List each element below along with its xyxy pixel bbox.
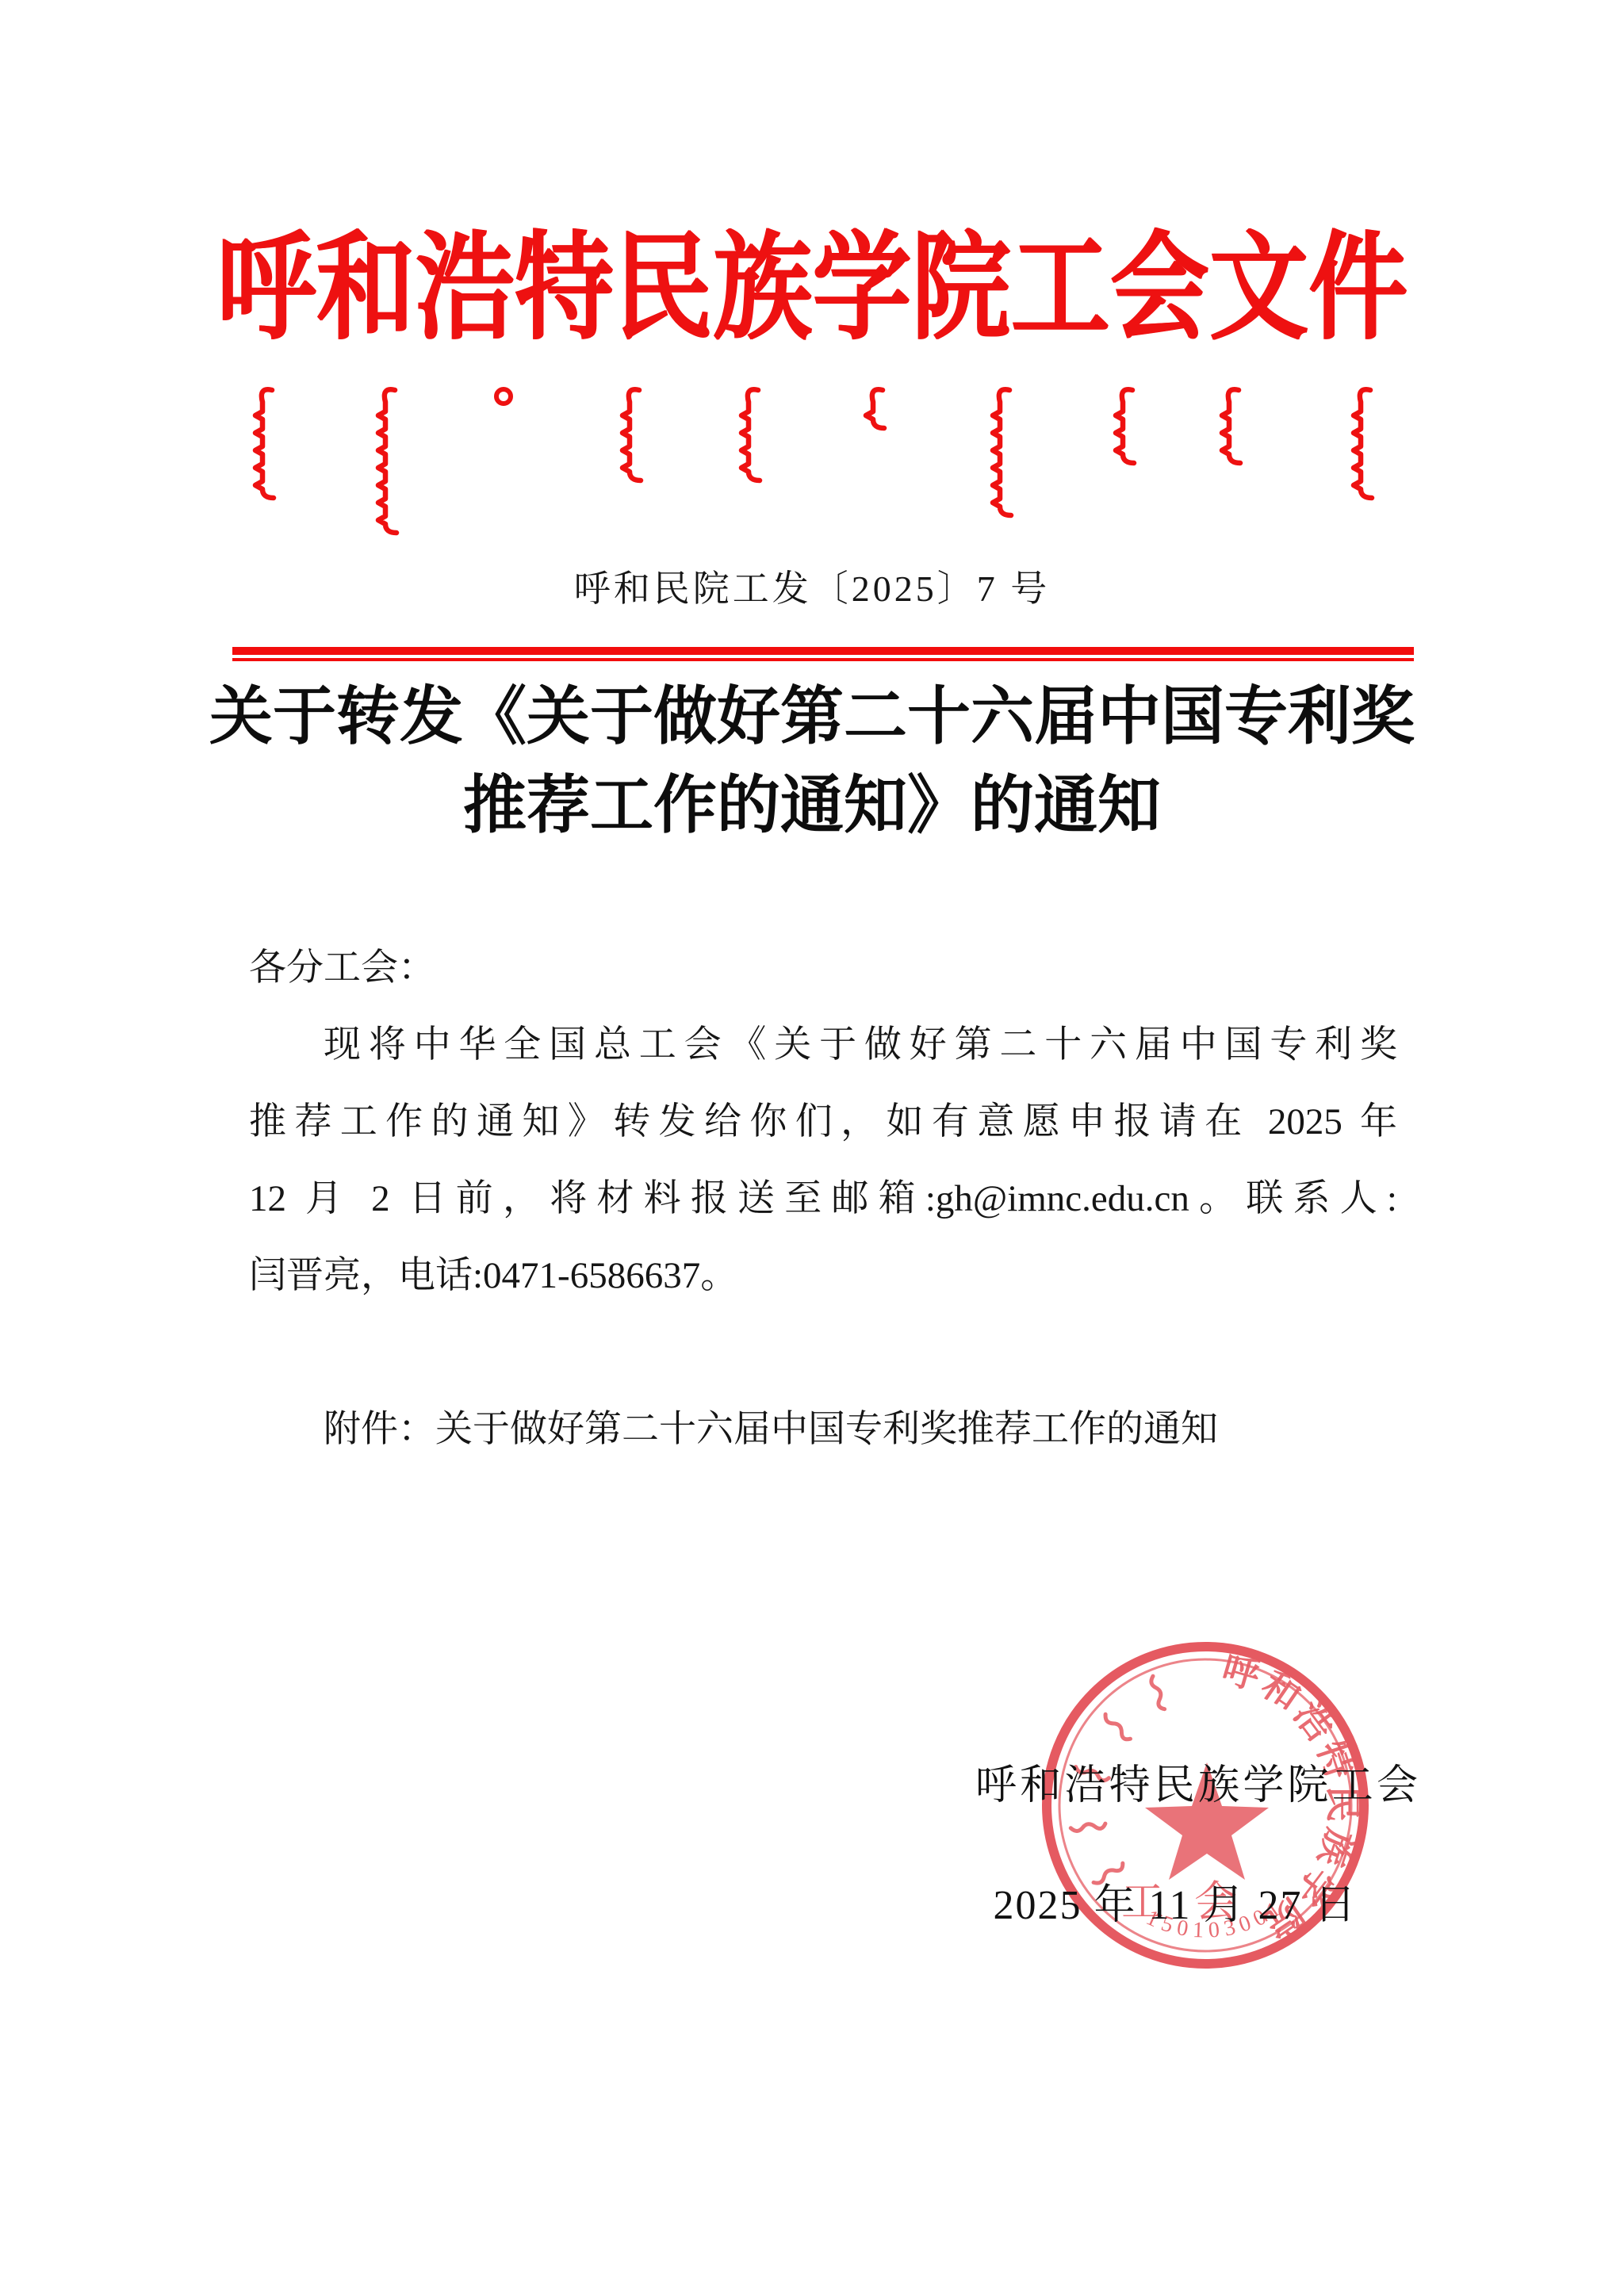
subject-line-1: 关于转发《关于做好第二十六届中国专利奖 [0,673,1624,762]
body-line: 推荐工作的通知》转发给你们，如有意愿申报请在 2025 年 [249,1084,1397,1161]
document-page: 呼和浩特民族学院工会文件 呼和民院工发〔2025〕7 号 关于转发《关于做好第二… [0,0,1624,2296]
doc-number: 呼和民院工发〔2025〕7 号 [0,566,1624,612]
body-line: 12 月 2 日前，将材料报送至邮箱:gh@imnc.edu.cn。联系人: [249,1161,1397,1238]
subject-title: 关于转发《关于做好第二十六届中国专利奖 推荐工作的通知》的通知 [0,673,1624,851]
mongolian-script [232,385,1414,552]
masthead-title-text: 呼和浩特民族学院工会文件 [216,224,1408,354]
blank-line [249,1314,1397,1391]
masthead-title: 呼和浩特民族学院工会文件 [0,224,1624,354]
body-line: 现将中华全国总工会《关于做好第二十六届中国专利奖 [249,1007,1397,1084]
body-line: 闫晋亮，电话:0471-6586637。 [249,1238,1397,1314]
salutation: 各分工会： [249,930,1397,1007]
red-rule-thick [232,647,1414,655]
red-rule-thin [232,658,1414,661]
signature-org: 呼和浩特民族学院工会 [975,1761,1418,1812]
attachment-line: 附件：关于做好第二十六届中国专利奖推荐工作的通知 [249,1391,1397,1468]
body-text: 各分工会： 现将中华全国总工会《关于做好第二十六届中国专利奖 推荐工作的通知》转… [249,930,1397,1468]
signature-date: 2025 年 11 月 27 日 [932,1881,1419,1931]
subject-line-2: 推荐工作的通知》的通知 [0,762,1624,851]
